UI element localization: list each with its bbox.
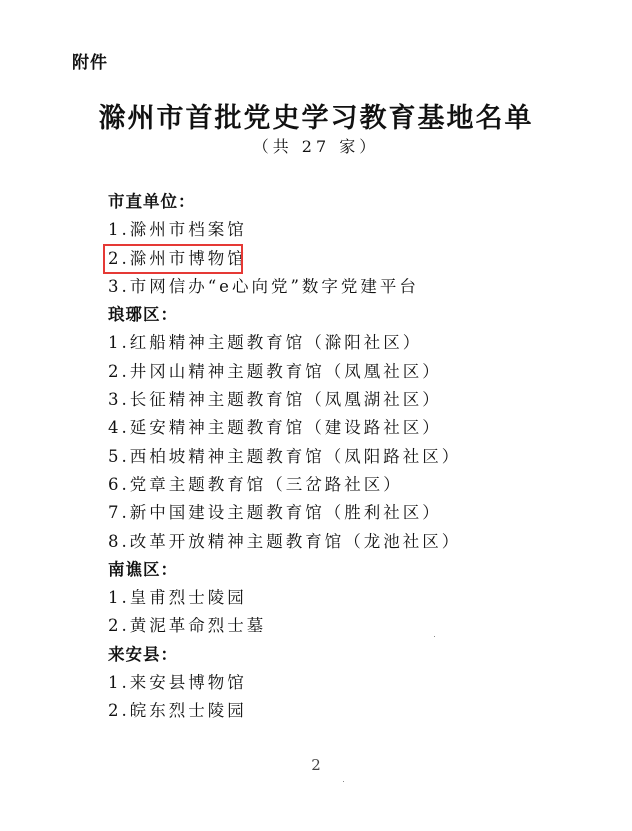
list-item: 6.党章主题教育馆（三岔路社区） [108, 471, 461, 499]
list-item: 2.井冈山精神主题教育馆（凤凰社区） [108, 358, 461, 386]
list-item: 7.新中国建设主题教育馆（胜利社区） [108, 499, 461, 527]
attachment-label: 附件 [72, 48, 108, 73]
document-subtitle: （共 27 家） [0, 134, 632, 157]
list-item: 1.滁州市档案馆 [108, 216, 461, 244]
scan-speck [434, 636, 435, 637]
list-item: 2.黄泥革命烈士墓 [108, 612, 461, 640]
section-heading-laian: 来安县： [108, 641, 461, 669]
highlight-box [103, 244, 243, 274]
page-number: 2 [0, 756, 632, 774]
document-title: 滁州市首批党史学习教育基地名单 [0, 96, 632, 135]
section-heading-city: 市直单位： [108, 188, 461, 216]
list-item: 1.来安县博物馆 [108, 669, 461, 697]
list-item: 1.皇甫烈士陵园 [108, 584, 461, 612]
list-item: 3.市网信办“e心向党”数字党建平台 [108, 273, 461, 301]
list-item: 3.长征精神主题教育馆（凤凰湖社区） [108, 386, 461, 414]
list-item: 5.西柏坡精神主题教育馆（凤阳路社区） [108, 443, 461, 471]
section-heading-langya: 琅琊区： [108, 301, 461, 329]
scan-speck [343, 781, 344, 782]
list-item: 8.改革开放精神主题教育馆（龙池社区） [108, 528, 461, 556]
list-item: 1.红船精神主题教育馆（滁阳社区） [108, 329, 461, 357]
list-item: 2.皖东烈士陵园 [108, 697, 461, 725]
list-item: 4.延安精神主题教育馆（建设路社区） [108, 414, 461, 442]
section-heading-nanqiao: 南谯区： [108, 556, 461, 584]
